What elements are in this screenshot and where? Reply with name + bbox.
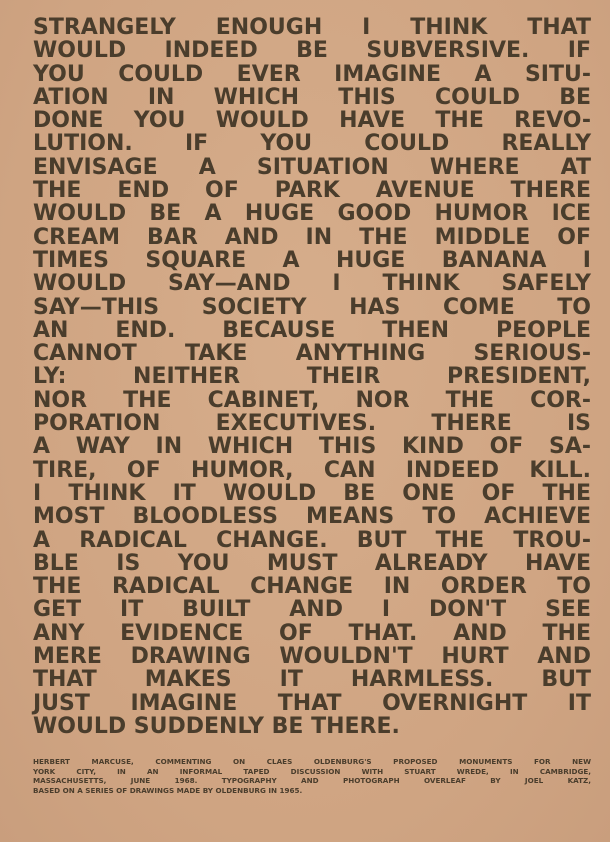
attribution-caption: HERBERT MARCUSE, COMMENTING ON CLAES OLD… (33, 757, 591, 795)
quote-line: A WAY IN WHICH THIS KIND OF SA- (33, 435, 591, 458)
caption-line: YORK CITY, IN AN INFORMAL TAPED DISCUSSI… (33, 767, 591, 777)
quote-line: JUST IMAGINE THAT OVERNIGHT IT (33, 692, 591, 715)
quote-line: THE RADICAL CHANGE IN ORDER TO (33, 575, 591, 598)
quote-line: WOULD BE A HUGE GOOD HUMOR ICE (33, 202, 591, 225)
caption-line: MASSACHUSETTS, JUNE 1968. TYPOGRAPHY AND… (33, 776, 591, 786)
quote-line: DONE YOU WOULD HAVE THE REVO- (33, 109, 591, 132)
quote-line: YOU COULD EVER IMAGINE A SITU- (33, 63, 591, 86)
quote-line: ATION IN WHICH THIS COULD BE (33, 86, 591, 109)
quote-block: STRANGELY ENOUGH I THINK THAT WOULD INDE… (33, 16, 591, 738)
quote-line: TIRE, OF HUMOR, CAN INDEED KILL. (33, 459, 591, 482)
quote-line: WOULD INDEED BE SUBVERSIVE. IF (33, 39, 591, 62)
quote-line: AN END. BECAUSE THEN PEOPLE (33, 319, 591, 342)
quote-line: LY: NEITHER THEIR PRESIDENT, (33, 365, 591, 388)
quote-line: MERE DRAWING WOULDN'T HURT AND (33, 645, 591, 668)
quote-line: LUTION. IF YOU COULD REALLY (33, 132, 591, 155)
caption-line: HERBERT MARCUSE, COMMENTING ON CLAES OLD… (33, 757, 591, 767)
quote-line: TIMES SQUARE A HUGE BANANA I (33, 249, 591, 272)
quote-line: PORATION EXECUTIVES. THERE IS (33, 412, 591, 435)
quote-line: GET IT BUILT AND I DON'T SEE (33, 598, 591, 621)
caption-line: BASED ON A SERIES OF DRAWINGS MADE BY OL… (33, 786, 591, 796)
quote-line: THE END OF PARK AVENUE THERE (33, 179, 591, 202)
quote-line: WOULD SAY—AND I THINK SAFELY (33, 272, 591, 295)
quote-line: NOR THE CABINET, NOR THE COR- (33, 389, 591, 412)
quote-line: THAT MAKES IT HARMLESS. BUT (33, 668, 591, 691)
quote-line: ANY EVIDENCE OF THAT. AND THE (33, 622, 591, 645)
quote-line: BLE IS YOU MUST ALREADY HAVE (33, 552, 591, 575)
quote-line: STRANGELY ENOUGH I THINK THAT (33, 16, 591, 39)
quote-line: ENVISAGE A SITUATION WHERE AT (33, 156, 591, 179)
quote-line: CANNOT TAKE ANYTHING SERIOUS- (33, 342, 591, 365)
quote-line: A RADICAL CHANGE. BUT THE TROU- (33, 529, 591, 552)
quote-line: WOULD SUDDENLY BE THERE. (33, 715, 591, 738)
quote-line: MOST BLOODLESS MEANS TO ACHIEVE (33, 505, 591, 528)
quote-line: CREAM BAR AND IN THE MIDDLE OF (33, 226, 591, 249)
quote-line: SAY—THIS SOCIETY HAS COME TO (33, 296, 591, 319)
poster-page: STRANGELY ENOUGH I THINK THAT WOULD INDE… (0, 0, 610, 842)
quote-line: I THINK IT WOULD BE ONE OF THE (33, 482, 591, 505)
